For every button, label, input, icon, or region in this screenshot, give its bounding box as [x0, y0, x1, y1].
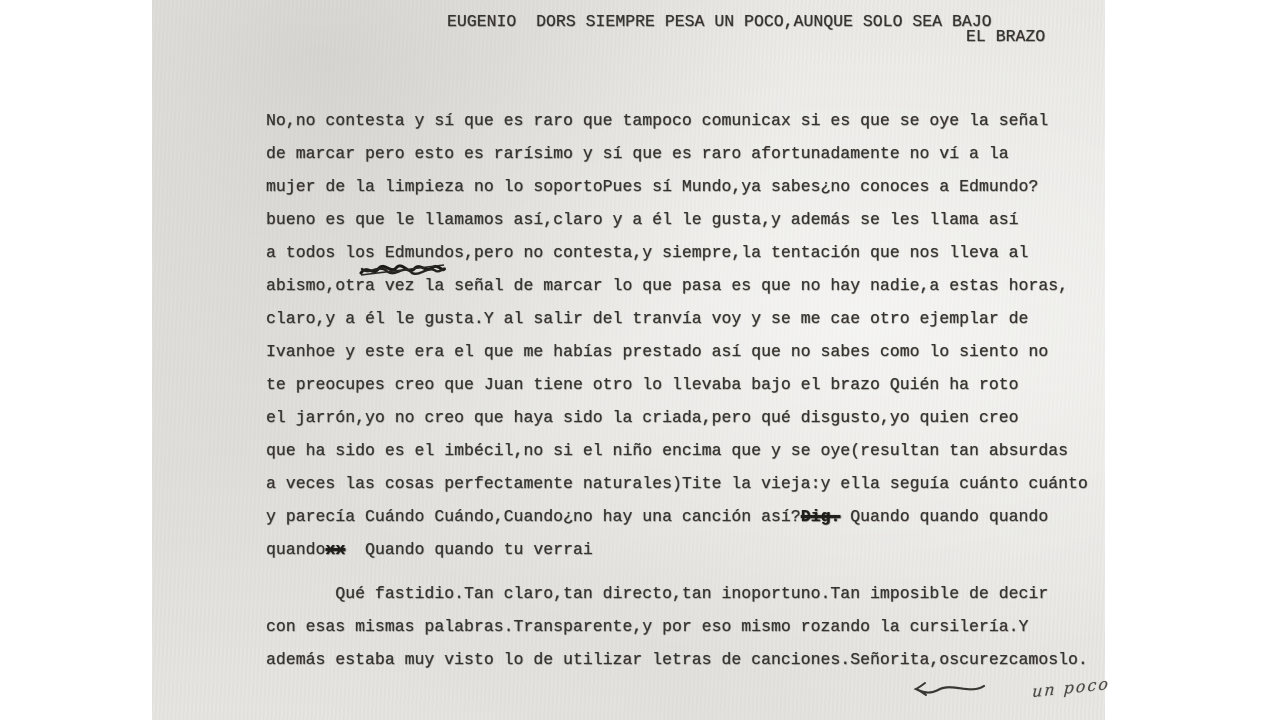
typed-segment: con esas mismas palabras.Transparente,y … [266, 617, 1028, 636]
typed-segment: No,no contesta y sí que es raro que tamp… [266, 111, 1048, 130]
title-line-2: EL BRAZO [966, 27, 1045, 46]
typed-segment: te preocupes creo que Juan tiene otro lo… [266, 375, 1019, 394]
typed-segment: de marcar pero esto es rarísimo y sí que… [266, 144, 1009, 163]
typed-line: No,no contesta y sí que es raro que tamp… [266, 104, 1088, 137]
typed-segment: Quando quando quando [840, 507, 1048, 526]
typed-segment: y parecía Cuándo Cuándo,Cuando¿no hay un… [266, 507, 801, 526]
typed-segment: además estaba muy visto lo de utilizar l… [266, 650, 1088, 669]
typed-line: mujer de la limpieza no lo soportoPues s… [266, 170, 1088, 203]
typed-segment: el jarrón,yo no creo que haya sido la cr… [266, 408, 1019, 427]
typewritten-text: No,no contesta y sí que es raro que tamp… [266, 104, 1088, 676]
overtyped-strike: xx [325, 540, 345, 559]
typed-line: bueno es que le llamamos así,claro y a é… [266, 203, 1088, 236]
typed-line: Ivanhoe y este era el que me habías pres… [266, 335, 1088, 368]
typed-segment: que ha sido es el imbécil,no si el niño … [266, 441, 1068, 460]
typed-segment: bueno es que le llamamos así,claro y a é… [266, 210, 1019, 229]
title-line-1: EUGENIO DORS SIEMPRE PESA UN POCO,AUNQUE… [447, 12, 992, 31]
handwritten-note: un poco [1032, 674, 1111, 701]
typed-segment: mujer de la limpieza no lo soportoPues s… [266, 177, 1038, 196]
typed-line: con esas mismas palabras.Transparente,y … [266, 610, 1088, 643]
typed-line: el jarrón,yo no creo que haya sido la cr… [266, 401, 1088, 434]
paragraph: No,no contesta y sí que es raro que tamp… [266, 104, 1088, 566]
typed-line: y parecía Cuándo Cuándo,Cuando¿no hay un… [266, 500, 1088, 533]
typed-segment: Ivanhoe y este era el que me habías pres… [266, 342, 1048, 361]
typed-segment: Qué fastidio.Tan claro,tan directo,tan i… [266, 584, 1048, 603]
typed-segment: a veces las cosas perfectamente naturale… [266, 474, 1088, 493]
overtyped-strike: Dig. [801, 507, 841, 526]
typed-line: además estaba muy visto lo de utilizar l… [266, 643, 1088, 676]
typed-line: te preocupes creo que Juan tiene otro lo… [266, 368, 1088, 401]
scanned-typescript-page: EUGENIO DORS SIEMPRE PESA UN POCO,AUNQUE… [152, 0, 1105, 720]
typed-line: claro,y a él le gusta.Y al salir del tra… [266, 302, 1088, 335]
typed-line: de marcar pero esto es rarísimo y sí que… [266, 137, 1088, 170]
typed-line: Qué fastidio.Tan claro,tan directo,tan i… [266, 577, 1088, 610]
typed-segment: Quando quando tu verrai [345, 540, 593, 559]
typed-line: a veces las cosas perfectamente naturale… [266, 467, 1088, 500]
typed-line: quandoxx Quando quando tu verrai [266, 533, 1088, 566]
typed-line: que ha sido es el imbécil,no si el niño … [266, 434, 1088, 467]
paragraph: Qué fastidio.Tan claro,tan directo,tan i… [266, 577, 1088, 676]
typed-segment: claro,y a él le gusta.Y al salir del tra… [266, 309, 1028, 328]
typed-segment: quando [266, 540, 325, 559]
handwritten-flourish [912, 680, 988, 702]
overtyped-scribble [358, 260, 446, 280]
